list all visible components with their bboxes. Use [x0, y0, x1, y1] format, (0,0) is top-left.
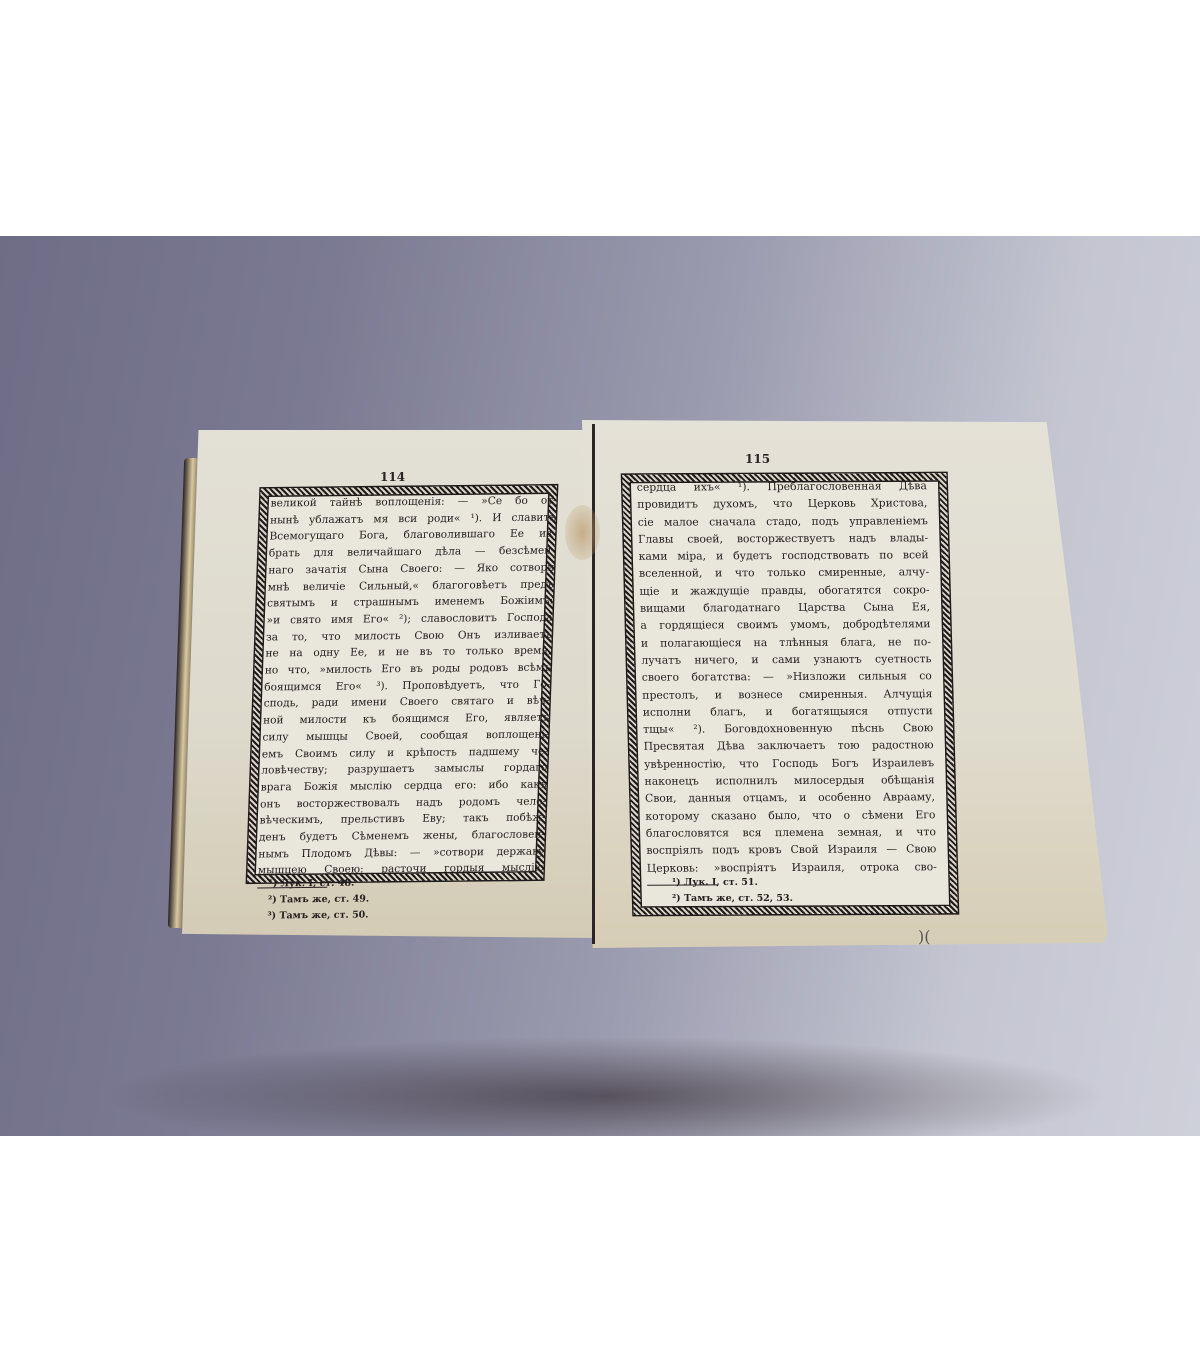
- text-line: престолъ, и вознесе смиренныя. Алчущія: [642, 685, 932, 704]
- text-line: своего богатства: — »Низложи сильныя со: [642, 668, 932, 687]
- text-line: и полагающіеся на тлѣнныя блага, не по-: [641, 633, 931, 652]
- text-line: вищами благодатнаго Царства Сына Ея,: [640, 598, 930, 617]
- text-line: тщы« ²). Боговдохновенную пѣснь Свою: [643, 719, 933, 738]
- book-shadow: [100, 1036, 1110, 1136]
- footnote: ¹) Лук. I, ст. 48.: [268, 875, 370, 892]
- footnote: ²) Тамъ же, ст. 52, 53.: [672, 891, 793, 907]
- right-page-number: 115: [745, 452, 770, 466]
- footnote: ¹) Лук. I, ст. 51.: [672, 875, 793, 891]
- text-line: провидитъ духомъ, что Церковь Христова,: [637, 495, 927, 514]
- text-line: наконецъ исполнилъ милосердыя обѣщанія: [644, 771, 934, 790]
- left-page-footnotes: ¹) Лук. I, ст. 48. ²) Тамъ же, ст. 49. ³…: [267, 875, 370, 924]
- left-page-number: 114: [380, 470, 405, 484]
- book-spine: [592, 424, 595, 944]
- text-line: которому сказано было, что о сѣмени Его: [645, 806, 935, 825]
- left-page-body-text: великой тайнѣ воплощенія: — »Се бо от- н…: [257, 493, 557, 893]
- text-line: увѣренностію, что Господь Богъ Израилевъ: [644, 754, 934, 773]
- text-line: лучатъ ничего, и сами узнаютъ суетность: [641, 650, 931, 669]
- right-page-body-text: сердца ихъ« ¹). Преблагословенная Дѣва п…: [637, 477, 938, 889]
- text-line: исполни благъ, и богатящыяся отпусти: [643, 702, 933, 721]
- text-line: благословятся вся племена земная, и что: [646, 823, 936, 842]
- text-line: ками міра, и будетъ господствовать по вс…: [638, 546, 928, 565]
- right-page-footnotes: ¹) Лук. I, ст. 51. ²) Тамъ же, ст. 52, 5…: [672, 875, 793, 907]
- text-line: Церковь: »воспріятъ Израиля, отрока сво-: [647, 858, 937, 877]
- text-line: а гордящіеся своимъ умомъ, добродѣтелями: [640, 616, 930, 635]
- footnote: ³) Тамъ же, ст. 50.: [267, 907, 369, 924]
- signature-mark: )(: [918, 927, 930, 946]
- water-stain: [565, 505, 600, 560]
- text-line: сердца ихъ« ¹). Преблагословенная Дѣва: [637, 477, 927, 496]
- text-line: вселенной, и что только смиренные, алчу-: [639, 564, 929, 583]
- text-line: Свои, данныя отцамъ, и особенно Аврааму,: [645, 789, 935, 808]
- text-line: щіе и жаждущіе правды, обогатятся сокро-: [639, 581, 929, 600]
- text-line: Главы своей, восторжествуетъ надъ влады-: [638, 529, 928, 548]
- text-line: Пресвятая Дѣва заключаетъ тою радостною: [643, 737, 933, 756]
- text-line: воспріялъ подъ кровъ Свой Израиля — Свою: [646, 840, 936, 859]
- text-line: сіе малое сначала стадо, подъ управленіе…: [638, 512, 928, 531]
- footnote: ²) Тамъ же, ст. 49.: [268, 891, 370, 908]
